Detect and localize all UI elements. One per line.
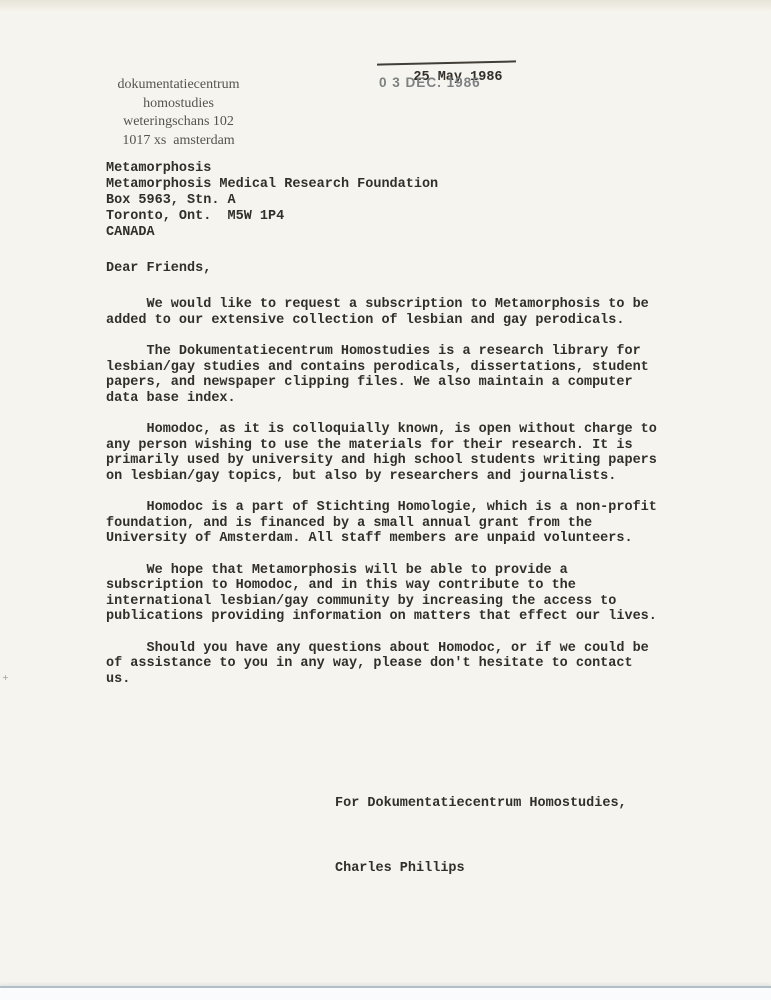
closing-line: For Dokumentatiecentrum Homostudies,: [335, 796, 627, 812]
recipient-address: Metamorphosis Metamorphosis Medical Rese…: [106, 161, 438, 241]
body-paragraph: Homodoc, as it is colloquially known, is…: [106, 422, 691, 484]
letterhead-line: dokumentatiecentrum: [86, 76, 271, 95]
scan-speck: +: [2, 674, 8, 681]
body-paragraph: Homodoc is a part of Stichting Homologie…: [106, 500, 691, 547]
body-paragraph: The Dokumentatiecentrum Homostudies is a…: [106, 344, 691, 406]
letter-page: 25 May 1986 0 3 DEC. 1986 dokumentatiece…: [0, 0, 771, 1000]
letterhead-line: 1017 xs amsterdam: [86, 132, 271, 151]
address-line: CANADA: [106, 225, 438, 241]
body-paragraph: We hope that Metamorphosis will be able …: [106, 563, 691, 625]
received-date-stamp: 0 3 DEC. 1986: [379, 74, 481, 90]
address-line: Metamorphosis: [106, 161, 438, 177]
letterhead-line: weteringschans 102: [86, 113, 271, 132]
signature-name: Charles Phillips: [335, 861, 465, 877]
paper-top-edge: [0, 0, 771, 12]
address-line: Metamorphosis Medical Research Foundatio…: [106, 177, 438, 193]
address-line: Box 5963, Stn. A: [106, 193, 438, 209]
body-paragraph: We would like to request a subscription …: [106, 297, 691, 328]
paper-bottom-edge: [0, 986, 771, 1000]
body-paragraph: Should you have any questions about Homo…: [106, 641, 691, 688]
letterhead: dokumentatiecentrum homostudies wetering…: [86, 76, 271, 150]
address-line: Toronto, Ont. M5W 1P4: [106, 209, 438, 225]
letter-body: We would like to request a subscription …: [106, 297, 691, 703]
salutation: Dear Friends,: [106, 261, 211, 277]
letterhead-line: homostudies: [86, 95, 271, 114]
strikethrough-line: [377, 60, 516, 65]
